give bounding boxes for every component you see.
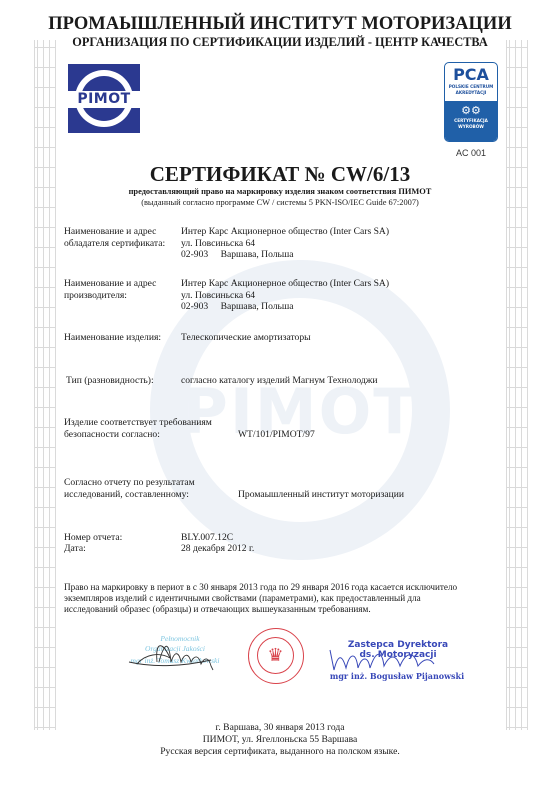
greek-key-border-left [34, 40, 56, 730]
manufacturer-label-line1: Наименование и адрес [64, 278, 156, 290]
report-number-value: BLY.007.12C [181, 532, 233, 544]
pimot-logo: PIMOT [68, 64, 140, 133]
date-label: Дата: [64, 543, 86, 555]
manufacturer-name: Интер Карс Акционерное общество (Inter C… [181, 278, 389, 290]
manufacturer-street: ул. Повсиньска 64 [181, 290, 389, 302]
accreditation-code: AC 001 [436, 148, 506, 158]
footer-address: ПИМОТ, ул. Ягеллоньска 55 Варшава [0, 734, 560, 745]
report-number-label: Номер отчета: [64, 532, 122, 544]
institute-title: ПРОМАЫШЛЕННЫЙ ИНСТИТУТ МОТОРИЗАЦИИ [0, 14, 560, 35]
holder-label: Наименование и адрес обладателя сертифик… [64, 226, 165, 249]
certificate-issued-under: (выданный согласно программе CW / систем… [0, 198, 560, 207]
validity-line1: Право на маркировку в периот в с 30 янва… [64, 582, 504, 593]
validity-line2: экземпляров изделий с идентичными свойст… [64, 593, 504, 604]
footer-place-date: г. Варшава, 30 января 2013 года [0, 722, 560, 733]
manufacturer-postcode: 02-903 [181, 301, 211, 313]
pimot-logo-text: PIMOT [68, 91, 140, 108]
organization-subtitle: ОРГАНИЗАЦИЯ ПО СЕРТИФИКАЦИИ ИЗДЕЛИЙ - ЦЕ… [0, 35, 560, 50]
holder-city: Варшава, Польша [221, 249, 294, 260]
manufacturer-city: Варшава, Польша [221, 301, 294, 312]
requirements-label-line1: Изделие соответствует требованиям [64, 417, 212, 429]
holder-postcode: 02-903 [181, 249, 211, 261]
holder-label-line2: обладателя сертификата: [64, 238, 165, 250]
certificate-title: СЕРТИФИКАТ № CW/6/13 [0, 162, 560, 187]
holder-name: Интер Карс Акционерное общество (Inter C… [181, 226, 389, 238]
report-by-label-line2: исследований, составленному: [64, 489, 195, 501]
holder-street: ул. Повсиньска 64 [181, 238, 389, 250]
report-by-label: Согласно отчету по результатам исследова… [64, 477, 195, 500]
type-value: согласно каталогу изделий Магнум Техноло… [181, 375, 378, 387]
director-name: mgr inż. Bogusław Pijanowski [312, 671, 482, 681]
gears-icon: ⚙⚙ [445, 104, 497, 118]
pca-line1: POLSKIE CENTRUM [445, 84, 497, 90]
institute-seal: ♛ [248, 628, 304, 684]
handwritten-signature-icon [115, 632, 235, 676]
product-label: Наименование изделия: [64, 332, 161, 344]
product-value: Телескопические амортизаторы [181, 332, 311, 344]
report-by-value: Промаышленный институт моторизации [238, 489, 404, 501]
footer-note: Русская версия сертификата, выданного на… [0, 746, 560, 757]
holder-value: Интер Карс Акционерное общество (Inter C… [181, 226, 389, 261]
manufacturer-value: Интер Карс Акционерное общество (Inter C… [181, 278, 389, 313]
pca-title: PCA [445, 66, 497, 84]
manufacturer-label-line2: производителя: [64, 290, 156, 302]
polish-eagle-icon: ♛ [257, 637, 294, 674]
requirements-value: WT/101/PIMOT/97 [238, 429, 315, 441]
manufacturer-label: Наименование и адрес производителя: [64, 278, 156, 301]
date-value: 28 декабря 2012 г. [181, 543, 254, 555]
quality-representative-signature: Pełnomocnik Organizacji Jakości mgr inż.… [115, 632, 235, 676]
certificate-subtitle: предоставляющий право на маркировку изде… [0, 187, 560, 196]
report-by-label-line1: Согласно отчету по результатам [64, 477, 195, 489]
pca-line2: AKREDYTACJI [445, 90, 497, 96]
holder-label-line1: Наименование и адрес [64, 226, 165, 238]
greek-key-border-right [506, 40, 528, 730]
type-label: Тип (разновидность): [66, 375, 154, 387]
pca-line4: WYROBÓW [445, 124, 497, 130]
pca-blue-panel: ⚙⚙ CERTYFIKACJA WYROBÓW [445, 101, 497, 142]
requirements-label: Изделие соответствует требованиям безопа… [64, 417, 212, 440]
validity-line3: исследований образес (образцы) и отвечаю… [64, 604, 504, 615]
validity-paragraph: Право на маркировку в периот в с 30 янва… [64, 582, 504, 616]
requirements-label-line2: безопасности согласно: [64, 429, 212, 441]
pca-accreditation-badge: PCA POLSKIE CENTRUM AKREDYTACJI ⚙⚙ CERTY… [444, 62, 498, 142]
